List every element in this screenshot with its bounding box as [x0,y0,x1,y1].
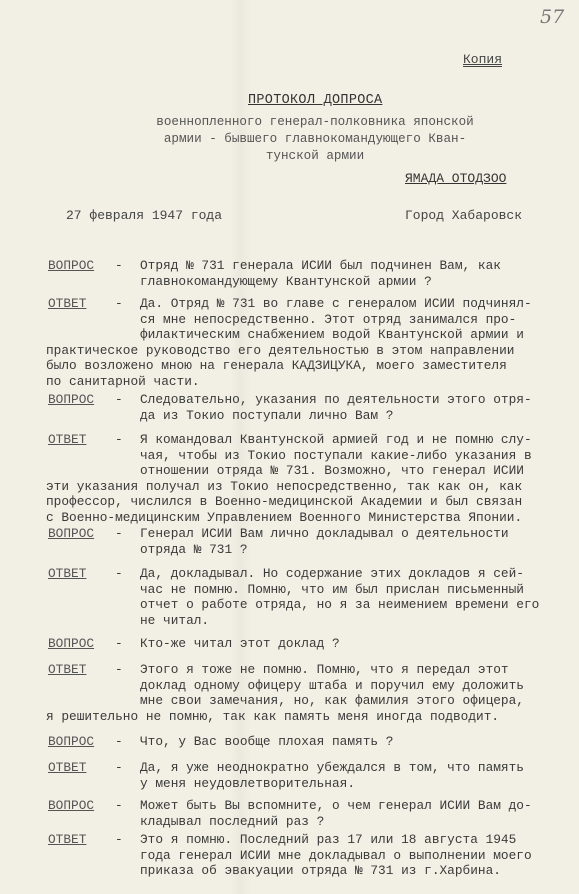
separator-dash: - [115,636,123,652]
separator-dash: - [115,832,123,848]
document-page: 57 Копия ПРОТОКОЛ ДОПРОСА военнопленного… [0,0,579,894]
separator-dash: - [115,296,123,312]
separator-dash: - [115,798,123,814]
answer-label: ОТВЕТ [48,662,86,678]
question-label: ВОПРОС [48,526,94,542]
document-city: Город Хабаровск [405,208,522,223]
separator-dash: - [115,258,123,274]
entry-text: Что, у Вас вообще плохая память ? [140,734,560,750]
answer-label: ОТВЕТ [48,296,86,312]
document-title: ПРОТОКОЛ ДОПРОСА [248,93,382,108]
entry-text: Я командовал Квантунской армией год и не… [140,432,560,479]
question-label: ВОПРОС [48,636,94,652]
question-label: ВОПРОС [48,392,94,408]
copy-mark: Копия [463,52,502,67]
subject-name: ЯМАДА ОТОДЗОО [405,171,506,186]
entry-text: Да. Отряд № 731 во главе с генералом ИСИ… [140,296,560,343]
document-date: 27 февраля 1947 года [66,208,222,223]
answer-label: ОТВЕТ [48,566,86,582]
answer-label: ОТВЕТ [48,432,86,448]
separator-dash: - [115,392,123,408]
entry-text: Этого я тоже не помню. Помню, что я пере… [140,662,560,709]
answer-label: ОТВЕТ [48,832,86,848]
entry-text: Это я помню. Последний раз 17 или 18 авг… [140,832,560,879]
question-label: ВОПРОС [48,734,94,750]
answer-label: ОТВЕТ [48,760,86,776]
entry-text-continuation: эти указания получал из Токио непосредст… [46,479,561,526]
separator-dash: - [115,566,123,582]
separator-dash: - [115,734,123,750]
question-label: ВОПРОС [48,798,94,814]
entry-text: Да, я уже неоднократно убеждался в том, … [140,760,560,791]
separator-dash: - [115,760,123,776]
separator-dash: - [115,432,123,448]
entry-text: Генерал ИСИИ Вам лично докладывал о деят… [140,526,560,557]
page-number: 57 [540,6,564,28]
question-label: ВОПРОС [48,258,94,274]
entry-text-continuation: практическое руководство его деятельност… [46,343,561,390]
entry-text: Может быть Вы вспомните, о чем генерал И… [140,798,560,829]
entry-text: Кто-же читал этот доклад ? [140,636,560,652]
separator-dash: - [115,662,123,678]
document-subtitle: военнопленного генерал-полковника японск… [120,114,510,165]
entry-text: Отряд № 731 генерала ИСИИ был подчинен В… [140,258,560,289]
entry-text: Следовательно, указания по деятельности … [140,392,560,423]
entry-text-continuation: я решительно не помню, так как память ме… [46,709,561,725]
entry-text: Да, докладывал. Но содержание этих докла… [140,566,560,628]
separator-dash: - [115,526,123,542]
